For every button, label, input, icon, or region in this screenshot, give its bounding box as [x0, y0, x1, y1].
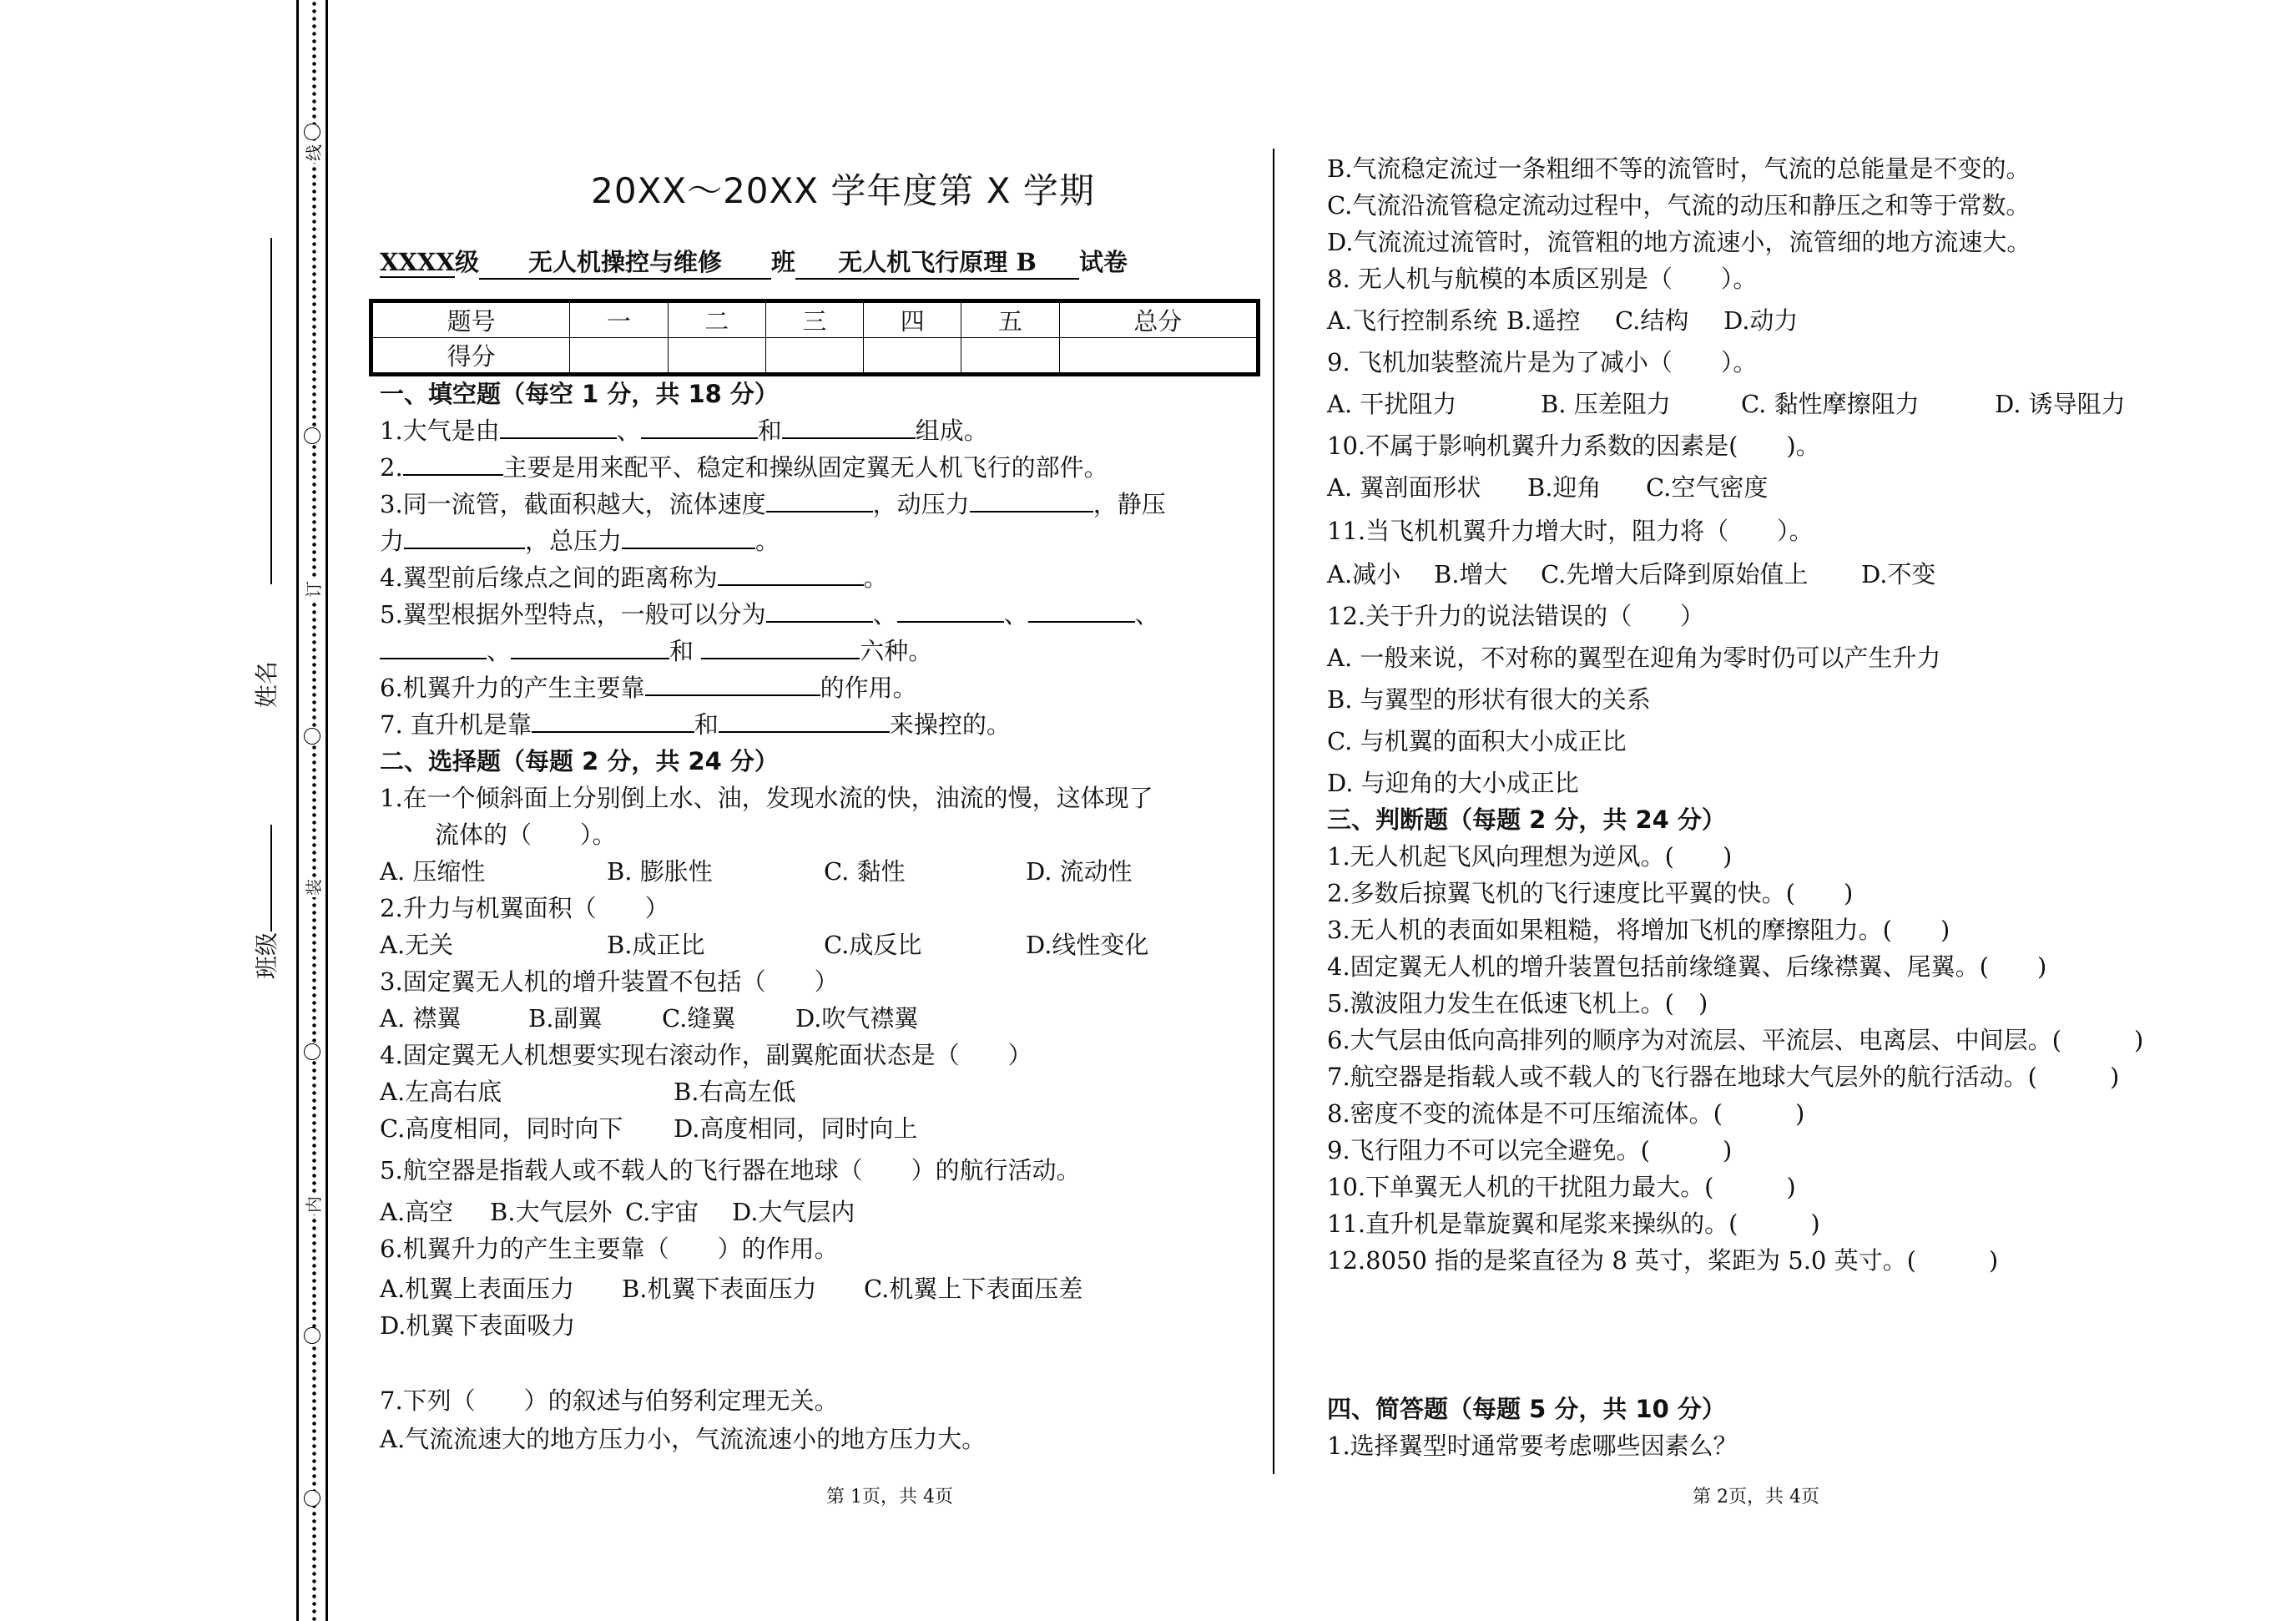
class-label: 班级 — [249, 932, 282, 979]
grade-suffix: 级 — [455, 248, 479, 276]
score-input[interactable] — [765, 338, 863, 375]
choice-question-1-cont: 流体的（ ）。 — [380, 816, 1264, 853]
choice-option-7a[interactable]: A.气流流速大的地方压力小，气流流速小的地方压力大。 — [380, 1421, 1264, 1457]
choice-options-4b: C.高度相同，同时向下 D.高度相同，同时向上 — [380, 1110, 1264, 1147]
cell-section-4: 四 — [864, 301, 961, 338]
binding-hole-icon — [304, 1327, 320, 1344]
choice-options-1: A. 压缩性 B. 膨胀性 C. 黏性 D. 流动性 — [380, 853, 1264, 890]
judge-item: 3.无人机的表面如果粗糙，将增加飞机的摩擦阻力。( ) — [1327, 911, 2262, 948]
option-c[interactable]: C.结构 — [1615, 302, 1723, 339]
binding-strip: 线 订 装 内 — [296, 0, 328, 1621]
choice-options-11: A.减小 B.增大 C.先增大后降到原始值上 D.不变 — [1327, 556, 2262, 593]
cell-section-3: 三 — [765, 301, 863, 338]
fill-question-7: 7. 直升机是靠和来操控的。 — [380, 706, 1264, 743]
option-c[interactable]: C.成反比 — [824, 927, 1026, 963]
cell-section-1: 一 — [570, 301, 668, 338]
exam-suffix: 试卷 — [1079, 248, 1128, 276]
judge-item: 8.密度不变的流体是不可压缩流体。( ) — [1327, 1095, 2262, 1132]
option-b[interactable]: B.机翼下表面压力 — [622, 1270, 864, 1307]
fill-question-4: 4.翼型前后缘点之间的距离称为。 — [380, 559, 1264, 596]
answer-blank[interactable] — [701, 633, 860, 659]
option-a[interactable]: A. 干扰阻力 — [1327, 386, 1541, 422]
fill-question-6: 6.机翼升力的产生主要靠的作用。 — [380, 669, 1264, 706]
judge-item: 2.多数后掠翼飞机的飞行速度比平翼的快。( ) — [1327, 875, 2262, 911]
option-d[interactable]: D. 流动性 — [1026, 853, 1133, 890]
answer-blank[interactable] — [897, 596, 1004, 623]
option-c[interactable]: C. 黏性摩擦阻力 — [1741, 386, 1995, 422]
judge-item: 6.大气层由低向高排列的顺序为对流层、平流层、电离层、中间层。( ) — [1327, 1022, 2262, 1058]
choice-question-6: 6.机翼升力的产生主要靠（ ）的作用。 — [380, 1230, 1264, 1267]
section2-heading: 二、选择题（每题 2 分，共 24 分） — [380, 743, 1264, 780]
choice-options-4a: A.左高右底 B.右高左低 — [380, 1073, 1264, 1110]
option-c[interactable]: C.宇宙 — [625, 1194, 732, 1230]
choice-question-12: 12.关于升力的说法错误的（ ） — [1327, 598, 2262, 634]
dotted-cut-line — [312, 0, 316, 1621]
binding-mark-nei: 内 — [301, 1194, 323, 1214]
answer-blank[interactable] — [532, 706, 694, 733]
score-table: 题号 一 二 三 四 五 总分 得分 — [369, 299, 1260, 376]
answer-blank[interactable] — [782, 412, 916, 439]
option-d[interactable]: D.大气层内 — [732, 1194, 855, 1230]
cell-total: 总分 — [1059, 301, 1258, 338]
fill-question-2: 2.主要是用来配平、稳定和操纵固定翼无人机飞行的部件。 — [380, 449, 1264, 486]
judge-item: 10.下单翼无人机的干扰阻力最大。( ) — [1327, 1169, 2262, 1205]
cell-score-label: 得分 — [371, 338, 570, 375]
section4-heading: 四、简答题（每题 5 分，共 10 分） — [1327, 1391, 2262, 1427]
answer-blank[interactable] — [380, 633, 487, 659]
choice-options-3: A. 襟翼 B.副翼 C.缝翼 D.吹气襟翼 — [380, 1000, 1264, 1037]
judge-item: 5.激波阻力发生在低速飞机上。( ) — [1327, 985, 2262, 1022]
page-footer-2: 第 2页，共 4页 — [1693, 1482, 1819, 1508]
choice-question-2: 2.升力与机翼面积（ ） — [380, 890, 1264, 927]
binding-hole-icon — [304, 728, 320, 745]
binding-hole-icon — [304, 124, 320, 140]
answer-blank[interactable] — [719, 706, 890, 733]
option-b[interactable]: B.迎角 — [1527, 469, 1646, 506]
choice-options-10: A. 翼剖面形状 B.迎角 C.空气密度 — [1327, 469, 2262, 506]
option-a[interactable]: A. 压缩性 — [380, 853, 607, 890]
choice-option-7b[interactable]: B.气流稳定流过一条粗细不等的流管时，气流的总能量是不变的。 — [1327, 150, 2262, 187]
option-a[interactable]: A. 翼剖面形状 — [1327, 469, 1527, 506]
option-d[interactable]: D.不变 — [1861, 556, 1935, 593]
class-field[interactable] — [270, 825, 272, 932]
binding-mark-ding: 订 — [301, 579, 323, 599]
binding-hole-icon — [304, 427, 320, 444]
answer-blank[interactable] — [404, 523, 525, 549]
judge-item: 1.无人机起飞风向理想为逆风。( ) — [1327, 838, 2262, 875]
fill-question-5-cont: 、和 六种。 — [380, 633, 1264, 669]
option-b[interactable]: B.增大 — [1434, 556, 1541, 593]
course-name: 无人机飞行原理 B — [795, 244, 1079, 280]
exam-title: 20XX～20XX 学年度第 X 学期 — [551, 164, 1135, 214]
grade-value: XXXX — [380, 248, 455, 278]
option-a[interactable]: A.机翼上表面压力 — [380, 1270, 622, 1307]
binding-mark-zhuang: 装 — [301, 877, 323, 897]
option-a[interactable]: A.无关 — [380, 927, 607, 963]
answer-blank[interactable] — [645, 669, 820, 696]
option-a[interactable]: A.高空 — [380, 1194, 490, 1230]
binding-hole-icon — [304, 1490, 320, 1507]
class-name: 无人机操控与维修 — [479, 244, 771, 280]
option-b[interactable]: B.遥控 — [1506, 302, 1615, 339]
name-label: 姓名 — [249, 661, 282, 708]
option-a[interactable]: A.减小 — [1327, 556, 1434, 593]
choice-question-11: 11.当飞机机翼升力增大时，阻力将（ ）。 — [1327, 513, 2262, 549]
option-b[interactable]: B.大气层外 — [490, 1194, 625, 1230]
choice-question-9: 9. 飞机加装整流片是为了减小（ ）。 — [1327, 344, 2262, 381]
fill-question-1: 1.大气是由、和组成。 — [380, 412, 1264, 449]
fill-question-3-cont: 力，总压力。 — [380, 523, 1264, 559]
fill-question-5: 5.翼型根据外型特点，一般可以分为、、、 — [380, 596, 1264, 633]
class-suffix: 班 — [771, 248, 795, 276]
answer-blank[interactable] — [766, 486, 873, 513]
binding-mark-xian: 线 — [301, 143, 323, 163]
right-column: B.气流稳定流过一条粗细不等的流管时，气流的总能量是不变的。 C.气流沿流管稳定… — [1327, 150, 2262, 1464]
answer-blank[interactable] — [622, 523, 755, 549]
option-d[interactable]: D. 诱导阻力 — [1995, 386, 2126, 422]
answer-blank[interactable] — [1028, 596, 1135, 623]
choice-question-5: 5.航空器是指载人或不载人的飞行器在地球（ ）的航行活动。 — [380, 1152, 1264, 1189]
choice-question-7: 7.下列（ ）的叙述与伯努利定理无关。 — [380, 1382, 1264, 1419]
choice-question-10: 10.不属于影响机翼升力系数的因素是( )。 — [1327, 427, 2262, 464]
fill-question-3: 3.同一流管，截面积越大，流体速度，动压力，静压 — [380, 486, 1264, 523]
option-b[interactable]: B.右高左低 — [674, 1073, 796, 1110]
option-c[interactable]: C.空气密度 — [1646, 469, 1768, 506]
choice-question-8: 8. 无人机与航模的本质区别是（ ）。 — [1327, 260, 2262, 297]
answer-blank[interactable] — [641, 412, 758, 439]
judge-item: 9.飞行阻力不可以完全避免。( ) — [1327, 1132, 2262, 1169]
option-d[interactable]: D.高度相同，同时向上 — [674, 1110, 917, 1147]
score-input[interactable] — [864, 338, 961, 375]
option-b[interactable]: B. 膨胀性 — [607, 853, 824, 890]
choice-option-12d[interactable]: D. 与迎角的大小成正比 — [1327, 765, 2262, 801]
name-field[interactable] — [270, 238, 272, 584]
choice-options-8: A.飞行控制系统 B.遥控 C.结构 D.动力 — [1327, 302, 2262, 339]
score-input[interactable] — [961, 338, 1059, 375]
short-answer-question-1: 1.选择翼型时通常要考虑哪些因素么？ — [1327, 1427, 2262, 1464]
choice-question-4: 4.固定翼无人机想要实现右滚动作，副翼舵面状态是（ ） — [380, 1037, 1264, 1073]
choice-options-9: A. 干扰阻力 B. 压差阻力 C. 黏性摩擦阻力 D. 诱导阻力 — [1327, 386, 2262, 422]
cell-section-5: 五 — [961, 301, 1059, 338]
option-c[interactable]: C.机翼上下表面压差 — [864, 1270, 1082, 1307]
option-d[interactable]: D.动力 — [1723, 302, 1798, 339]
cell-section-2: 二 — [668, 301, 765, 338]
column-divider — [1273, 149, 1274, 1474]
choice-options-6: A.机翼上表面压力 B.机翼下表面压力 C.机翼上下表面压差 — [380, 1270, 1264, 1307]
option-d[interactable]: D.线性变化 — [1026, 927, 1148, 963]
binding-hole-icon — [304, 1043, 320, 1060]
choice-option-7d[interactable]: D.气流流过流管时，流管粗的地方流速小，流管细的地方流速大。 — [1327, 224, 2262, 260]
answer-blank[interactable] — [511, 633, 669, 659]
option-a[interactable]: A. 襟翼 — [380, 1000, 528, 1037]
option-c[interactable]: C. 黏性 — [824, 853, 1026, 890]
page-footer-1: 第 1页，共 4页 — [826, 1482, 953, 1508]
choice-option-12a[interactable]: A. 一般来说，不对称的翼型在迎角为零时仍可以产生升力 — [1327, 639, 2262, 676]
option-b[interactable]: B.成正比 — [607, 927, 824, 963]
judge-item: 4.固定翼无人机的增升装置包括前缘缝翼、后缘襟翼、尾翼。( ) — [1327, 948, 2262, 985]
answer-blank[interactable] — [766, 596, 873, 623]
choice-options-6-d[interactable]: D.机翼下表面吸力 — [380, 1307, 1264, 1344]
choice-option-7c[interactable]: C.气流沿流管稳定流动过程中，气流的动压和静压之和等于常数。 — [1327, 187, 2262, 224]
choice-options-5: A.高空 B.大气层外 C.宇宙 D.大气层内 — [380, 1194, 1264, 1230]
score-input[interactable] — [570, 338, 668, 375]
score-table-header-row: 题号 一 二 三 四 五 总分 — [371, 301, 1259, 338]
score-table-score-row: 得分 — [371, 338, 1259, 375]
choice-option-12b[interactable]: B. 与翼型的形状有很大的关系 — [1327, 681, 2262, 718]
score-input[interactable] — [668, 338, 765, 375]
judge-item: 12.8050 指的是桨直径为 8 英寸，桨距为 5.0 英寸。( ) — [1327, 1242, 2262, 1279]
answer-blank[interactable] — [500, 412, 617, 439]
score-input[interactable] — [1059, 338, 1258, 375]
exam-subtitle: XXXX级无人机操控与维修班无人机飞行原理 B试卷 — [380, 244, 1128, 280]
option-c[interactable]: C.缝翼 — [662, 1000, 795, 1037]
judge-item: 7.航空器是指载人或不载人的飞行器在地球大气层外的航行活动。( ) — [1327, 1058, 2262, 1095]
option-d[interactable]: D.吹气襟翼 — [795, 1000, 918, 1037]
option-b[interactable]: B.副翼 — [528, 1000, 662, 1037]
choice-question-3: 3.固定翼无人机的增升装置不包括（ ） — [380, 963, 1264, 1000]
option-b[interactable]: B. 压差阻力 — [1541, 386, 1741, 422]
left-column: 一、填空题（每空 1 分，共 18 分） 1.大气是由、和组成。 2.主要是用来… — [380, 376, 1264, 1457]
option-a[interactable]: A.左高右底 — [380, 1073, 674, 1110]
cell-label: 题号 — [371, 301, 570, 338]
section1-heading: 一、填空题（每空 1 分，共 18 分） — [380, 376, 1264, 412]
choice-option-12c[interactable]: C. 与机翼的面积大小成正比 — [1327, 723, 2262, 760]
choice-options-2: A.无关 B.成正比 C.成反比 D.线性变化 — [380, 927, 1264, 963]
answer-blank[interactable] — [970, 486, 1093, 513]
answer-blank[interactable] — [718, 559, 864, 586]
answer-blank[interactable] — [403, 449, 503, 476]
judge-item: 11.直升机是靠旋翼和尾浆来操纵的。( ) — [1327, 1205, 2262, 1242]
choice-question-1: 1.在一个倾斜面上分别倒上水、油，发现水流的快，油流的慢，这体现了 — [380, 780, 1264, 816]
option-a[interactable]: A.飞行控制系统 — [1327, 302, 1506, 339]
option-c[interactable]: C.先增大后降到原始值上 — [1541, 556, 1861, 593]
option-c[interactable]: C.高度相同，同时向下 — [380, 1110, 674, 1147]
section3-heading: 三、判断题（每题 2 分，共 24 分） — [1327, 801, 2262, 838]
